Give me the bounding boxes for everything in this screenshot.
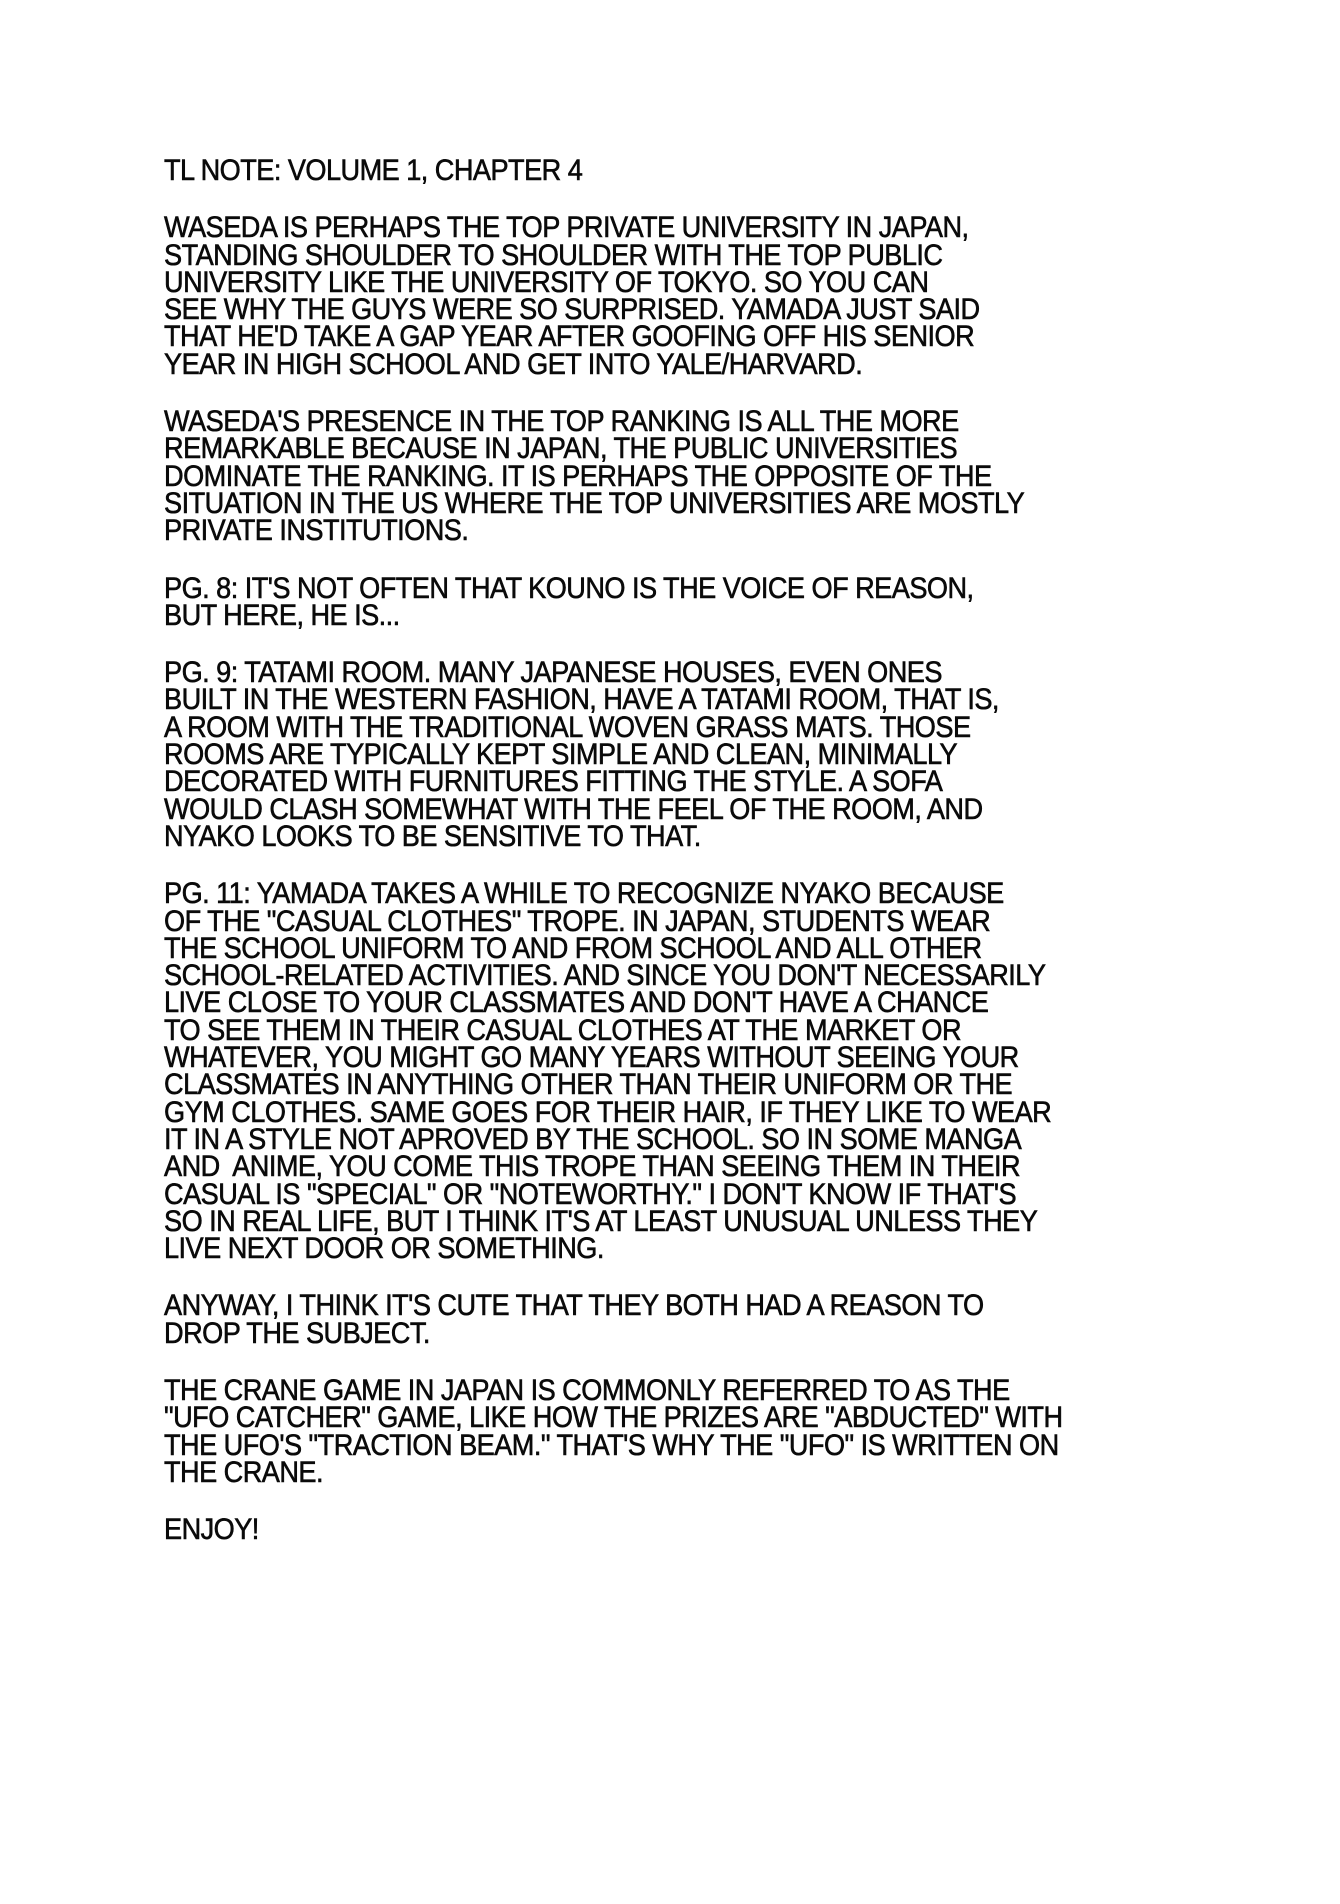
text-line: WHATEVER, YOU MIGHT GO MANY YEARS WITHOU… (164, 1044, 1340, 1071)
text-line: A ROOM WITH THE TRADITIONAL WOVEN GRASS … (164, 714, 1340, 741)
text-line: WASEDA'S PRESENCE IN THE TOP RANKING IS … (164, 408, 1340, 435)
note-paragraph: WASEDA IS PERHAPS THE TOP PRIVATE UNIVER… (164, 214, 1340, 378)
text-line: AND ANIME, YOU COME THIS TROPE THAN SEEI… (164, 1153, 1340, 1180)
text-line: UNIVERSITY LIKE THE UNIVERSITY OF TOKYO.… (164, 269, 1340, 296)
text-line: WASEDA IS PERHAPS THE TOP PRIVATE UNIVER… (164, 214, 1340, 241)
text-line: IT IN A STYLE NOT APROVED BY THE SCHOOL.… (164, 1126, 1340, 1153)
text-line: DROP THE SUBJECT. (164, 1320, 1340, 1347)
text-line: SITUATION IN THE US WHERE THE TOP UNIVER… (164, 490, 1340, 517)
text-line: STANDING SHOULDER TO SHOULDER WITH THE T… (164, 242, 1340, 269)
text-line: THAT HE'D TAKE A GAP YEAR AFTER GOOFING … (164, 323, 1340, 350)
note-body: WASEDA IS PERHAPS THE TOP PRIVATE UNIVER… (164, 214, 1340, 1543)
text-line: SCHOOL-RELATED ACTIVITIES. AND SINCE YOU… (164, 962, 1340, 989)
note-paragraph: PG. 9: TATAMI ROOM. MANY JAPANESE HOUSES… (164, 659, 1340, 850)
note-paragraph: THE CRANE GAME IN JAPAN IS COMMONLY REFE… (164, 1377, 1340, 1486)
text-line: LIVE CLOSE TO YOUR CLASSMATES AND DON'T … (164, 989, 1340, 1016)
text-line: OF THE "CASUAL CLOTHES" TROPE. IN JAPAN,… (164, 908, 1340, 935)
text-line: DOMINATE THE RANKING. IT IS PERHAPS THE … (164, 463, 1340, 490)
tl-note-page: TL NOTE: VOLUME 1, CHAPTER 4 WASEDA IS P… (164, 157, 1340, 1573)
text-line: THE CRANE. (164, 1459, 1340, 1486)
text-line: PG. 9: TATAMI ROOM. MANY JAPANESE HOUSES… (164, 659, 1340, 686)
text-line: REMARKABLE BECAUSE IN JAPAN, THE PUBLIC … (164, 435, 1340, 462)
note-paragraph: ANYWAY, I THINK IT'S CUTE THAT THEY BOTH… (164, 1292, 1340, 1347)
note-paragraph: PG. 8: IT'S NOT OFTEN THAT KOUNO IS THE … (164, 575, 1340, 630)
note-paragraph: PG. 11: YAMADA TAKES A WHILE TO RECOGNIZ… (164, 880, 1340, 1262)
text-line: CLASSMATES IN ANYTHING OTHER THAN THEIR … (164, 1071, 1340, 1098)
text-line: THE UFO'S "TRACTION BEAM." THAT'S WHY TH… (164, 1432, 1340, 1459)
text-line: YEAR IN HIGH SCHOOL AND GET INTO YALE/HA… (164, 351, 1340, 378)
text-line: WOULD CLASH SOMEWHAT WITH THE FEEL OF TH… (164, 796, 1340, 823)
text-line: PG. 11: YAMADA TAKES A WHILE TO RECOGNIZ… (164, 880, 1340, 907)
text-line: SO IN REAL LIFE, BUT I THINK IT'S AT LEA… (164, 1208, 1340, 1235)
text-line: PG. 8: IT'S NOT OFTEN THAT KOUNO IS THE … (164, 575, 1340, 602)
text-line: GYM CLOTHES. SAME GOES FOR THEIR HAIR, I… (164, 1099, 1340, 1126)
text-line: BUT HERE, HE IS... (164, 602, 1340, 629)
text-line: ROOMS ARE TYPICALLY KEPT SIMPLE AND CLEA… (164, 741, 1340, 768)
text-line: THE SCHOOL UNIFORM TO AND FROM SCHOOL AN… (164, 935, 1340, 962)
text-line: DECORATED WITH FURNITURES FITTING THE ST… (164, 768, 1340, 795)
text-line: CASUAL IS "SPECIAL" OR "NOTEWORTHY." I D… (164, 1181, 1340, 1208)
text-line: PRIVATE INSTITUTIONS. (164, 517, 1340, 544)
text-line: TO SEE THEM IN THEIR CASUAL CLOTHES AT T… (164, 1017, 1340, 1044)
text-line: SEE WHY THE GUYS WERE SO SURPRISED. YAMA… (164, 296, 1340, 323)
text-line: THE CRANE GAME IN JAPAN IS COMMONLY REFE… (164, 1377, 1340, 1404)
text-line: BUILT IN THE WESTERN FASHION, HAVE A TAT… (164, 686, 1340, 713)
note-paragraph: ENJOY! (164, 1516, 1340, 1543)
text-line: "UFO CATCHER" GAME, LIKE HOW THE PRIZES … (164, 1404, 1340, 1431)
text-line: ANYWAY, I THINK IT'S CUTE THAT THEY BOTH… (164, 1292, 1340, 1319)
text-line: ENJOY! (164, 1516, 1340, 1543)
text-line: LIVE NEXT DOOR OR SOMETHING. (164, 1235, 1340, 1262)
note-title: TL NOTE: VOLUME 1, CHAPTER 4 (164, 157, 1340, 184)
note-paragraph: WASEDA'S PRESENCE IN THE TOP RANKING IS … (164, 408, 1340, 544)
text-line: NYAKO LOOKS TO BE SENSITIVE TO THAT. (164, 823, 1340, 850)
